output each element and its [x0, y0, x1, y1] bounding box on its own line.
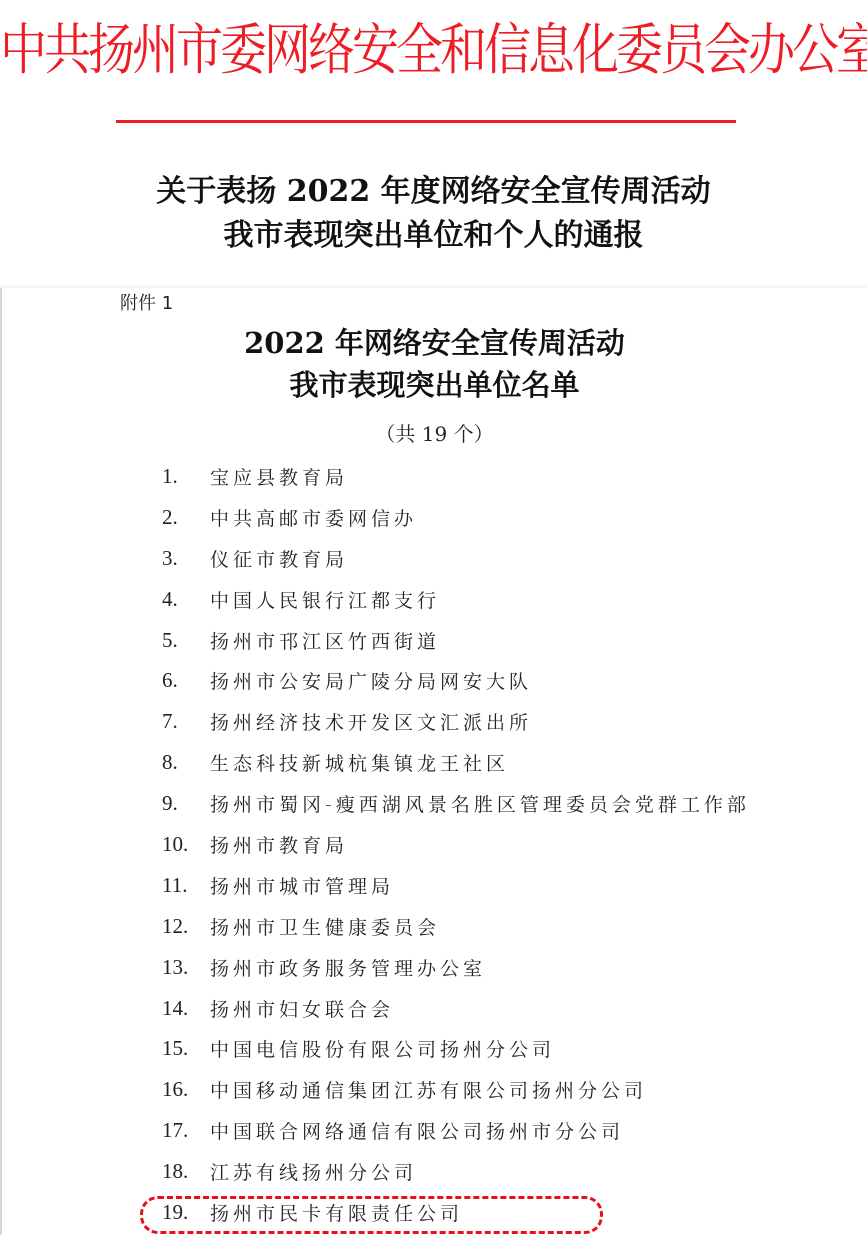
item-name: 扬州经济技术开发区文汇派出所	[210, 708, 532, 735]
item-number: 15.	[162, 1036, 210, 1061]
item-name: 扬州市妇女联合会	[210, 995, 394, 1022]
item-name: 宝应县教育局	[210, 463, 348, 490]
red-divider-rule	[116, 120, 736, 123]
item-name: 中共高邮市委网信办	[210, 504, 417, 531]
list-item: 10.扬州市教育局	[162, 824, 750, 865]
item-name: 扬州市城市管理局	[210, 872, 394, 899]
item-number: 9.	[162, 791, 210, 816]
item-name: 中国电信股份有限公司扬州分公司	[210, 1035, 555, 1062]
notice-title: 关于表扬 2022 年度网络安全宣传周活动 我市表现突出单位和个人的通报	[0, 170, 867, 258]
list-item: 4.中国人民银行江都支行	[162, 579, 750, 620]
item-number: 5.	[162, 628, 210, 653]
item-name: 扬州市民卡有限责任公司	[210, 1199, 463, 1226]
item-name: 扬州市邗江区竹西街道	[210, 627, 440, 654]
list-item: 11.扬州市城市管理局	[162, 865, 750, 906]
unit-list: 1.宝应县教育局 2.中共高邮市委网信办 3.仪征市教育局 4.中国人民银行江都…	[162, 456, 750, 1233]
list-item: 8.生态科技新城杭集镇龙王社区	[162, 742, 750, 783]
item-name: 中国人民银行江都支行	[210, 586, 440, 613]
item-number: 2.	[162, 505, 210, 530]
list-item-highlighted: 19.扬州市民卡有限责任公司	[162, 1192, 750, 1233]
item-number: 13.	[162, 955, 210, 980]
list-item: 1.宝应县教育局	[162, 456, 750, 497]
item-number: 14.	[162, 996, 210, 1021]
item-number: 16.	[162, 1077, 210, 1102]
list-title-line1: 2022 年网络安全宣传周活动	[2, 322, 867, 364]
item-number: 10.	[162, 832, 210, 857]
list-item: 13.扬州市政务服务管理办公室	[162, 947, 750, 988]
item-number: 11.	[162, 873, 210, 898]
item-number: 7.	[162, 709, 210, 734]
list-item: 18.江苏有线扬州分公司	[162, 1151, 750, 1192]
list-title-line2: 我市表现突出单位名单	[2, 364, 867, 406]
item-number: 3.	[162, 546, 210, 571]
item-name: 江苏有线扬州分公司	[210, 1158, 417, 1185]
item-name: 中国联合网络通信有限公司扬州市分公司	[210, 1117, 624, 1144]
notice-title-line1: 关于表扬 2022 年度网络安全宣传周活动	[0, 170, 867, 214]
item-name: 生态科技新城杭集镇龙王社区	[210, 749, 509, 776]
list-item: 14.扬州市妇女联合会	[162, 988, 750, 1029]
list-item: 15.中国电信股份有限公司扬州分公司	[162, 1028, 750, 1069]
item-name: 扬州市教育局	[210, 831, 348, 858]
document-page: 附件 1 2022 年网络安全宣传周活动 我市表现突出单位名单 （共 19 个）…	[0, 288, 867, 1235]
item-name: 扬州市卫生健康委员会	[210, 913, 440, 940]
notice-title-line2: 我市表现突出单位和个人的通报	[0, 214, 867, 258]
item-number: 1.	[162, 464, 210, 489]
item-name: 仪征市教育局	[210, 545, 348, 572]
item-number: 12.	[162, 914, 210, 939]
item-number: 19.	[162, 1200, 210, 1225]
list-title: 2022 年网络安全宣传周活动 我市表现突出单位名单	[2, 322, 867, 406]
item-name: 扬州市政务服务管理办公室	[210, 954, 486, 981]
list-item: 9.扬州市蜀冈-瘦西湖风景名胜区管理委员会党群工作部	[162, 783, 750, 824]
list-count: （共 19 个）	[2, 420, 867, 448]
list-item: 7.扬州经济技术开发区文汇派出所	[162, 701, 750, 742]
attachment-label: 附件 1	[120, 292, 173, 316]
list-item: 12.扬州市卫生健康委员会	[162, 906, 750, 947]
item-number: 6.	[162, 668, 210, 693]
list-item: 17.中国联合网络通信有限公司扬州市分公司	[162, 1110, 750, 1151]
item-name: 扬州市公安局广陵分局网安大队	[210, 667, 532, 694]
header-panel: 中共扬州市委网络安全和信息化委员会办公室 关于表扬 2022 年度网络安全宣传周…	[0, 0, 867, 287]
item-number: 8.	[162, 750, 210, 775]
org-title: 中共扬州市委网络安全和信息化委员会办公室	[0, 16, 867, 87]
item-name: 扬州市蜀冈-瘦西湖风景名胜区管理委员会党群工作部	[210, 790, 750, 817]
item-name: 中国移动通信集团江苏有限公司扬州分公司	[210, 1076, 647, 1103]
item-number: 4.	[162, 587, 210, 612]
item-number: 17.	[162, 1118, 210, 1143]
list-item: 16.中国移动通信集团江苏有限公司扬州分公司	[162, 1069, 750, 1110]
item-number: 18.	[162, 1159, 210, 1184]
list-item: 5.扬州市邗江区竹西街道	[162, 620, 750, 661]
list-item: 3.仪征市教育局	[162, 538, 750, 579]
list-item: 2.中共高邮市委网信办	[162, 497, 750, 538]
list-item: 6.扬州市公安局广陵分局网安大队	[162, 660, 750, 701]
